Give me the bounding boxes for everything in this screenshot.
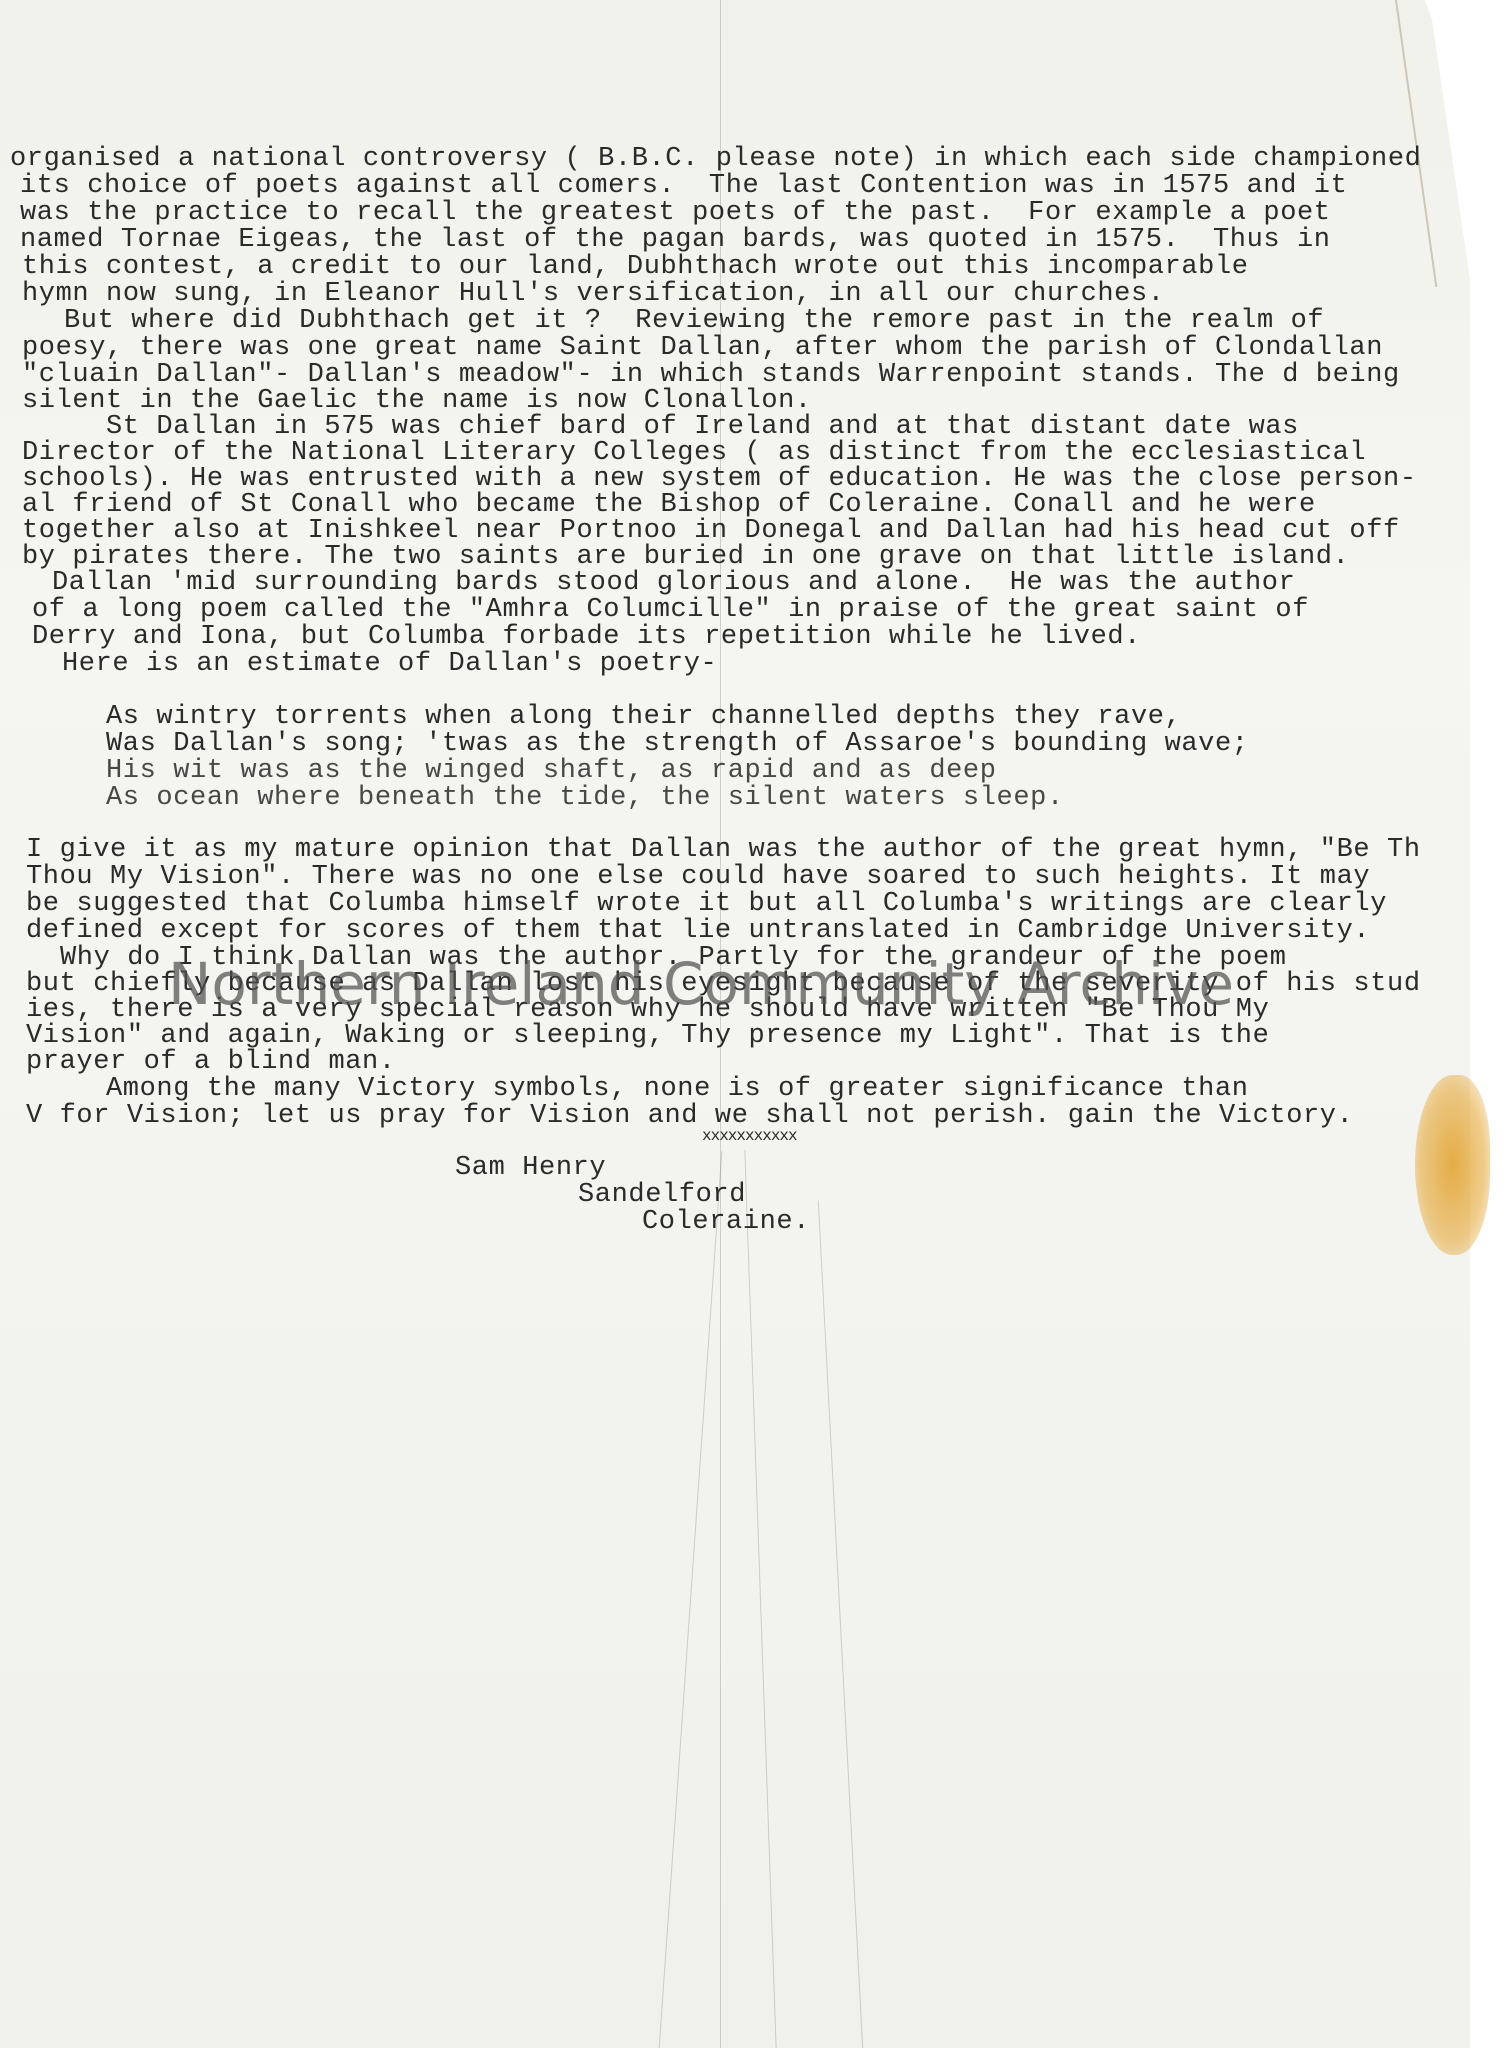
text-line: organised a national controversy ( B.B.C… [10,144,1421,174]
text-line: Thou My Vision". There was no one else c… [26,862,1370,892]
archive-watermark: Northern Ireland Community Archive [168,950,1234,1018]
text-line: its choice of poets against all comers. … [20,171,1347,201]
poem-line: As wintry torrents when along their chan… [106,702,1181,732]
text-line: But where did Dubhthach get it ? Reviewi… [64,306,1324,336]
text-line: V for Vision; let us pray for Vision and… [26,1101,1353,1131]
signature-address-line1: Sandelford [578,1180,746,1210]
text-line: of a long poem called the "Amhra Columci… [32,595,1309,625]
text-line: this contest, a credit to our land, Dubh… [22,252,1249,282]
text-line: named Tornae Eigeas, the last of the pag… [20,225,1331,255]
text-line: Dallan 'mid surrounding bards stood glor… [52,568,1295,598]
text-line: be suggested that Columba himself wrote … [26,889,1387,919]
typewritten-letter: organised a national controversy ( B.B.C… [0,0,1470,2048]
poem-line: Was Dallan's song; 'twas as the strength… [106,729,1249,759]
signature-name: Sam Henry [455,1153,606,1183]
text-line: Here is an estimate of Dallan's poetry- [62,649,717,679]
text-line: I give it as my mature opinion that Dall… [26,835,1421,865]
text-line: hymn now sung, in Eleanor Hull's versifi… [22,279,1165,309]
poem-line: His wit was as the winged shaft, as rapi… [106,756,997,786]
text-line: defined except for scores of them that l… [26,916,1370,946]
signature-address-line2: Coleraine. [642,1207,810,1237]
text-line: Among the many Victory symbols, none is … [106,1074,1249,1104]
text-line: poesy, there was one great name Saint Da… [22,333,1383,363]
text-line: was the practice to recall the greatest … [20,198,1331,228]
text-line: Derry and Iona, but Columba forbade its … [32,622,1141,652]
poem-line: As ocean where beneath the tide, the sil… [106,783,1064,813]
text-line: prayer of a blind man. [26,1047,396,1077]
typed-strikeout: xxxxxxxxxxx [702,1127,797,1145]
